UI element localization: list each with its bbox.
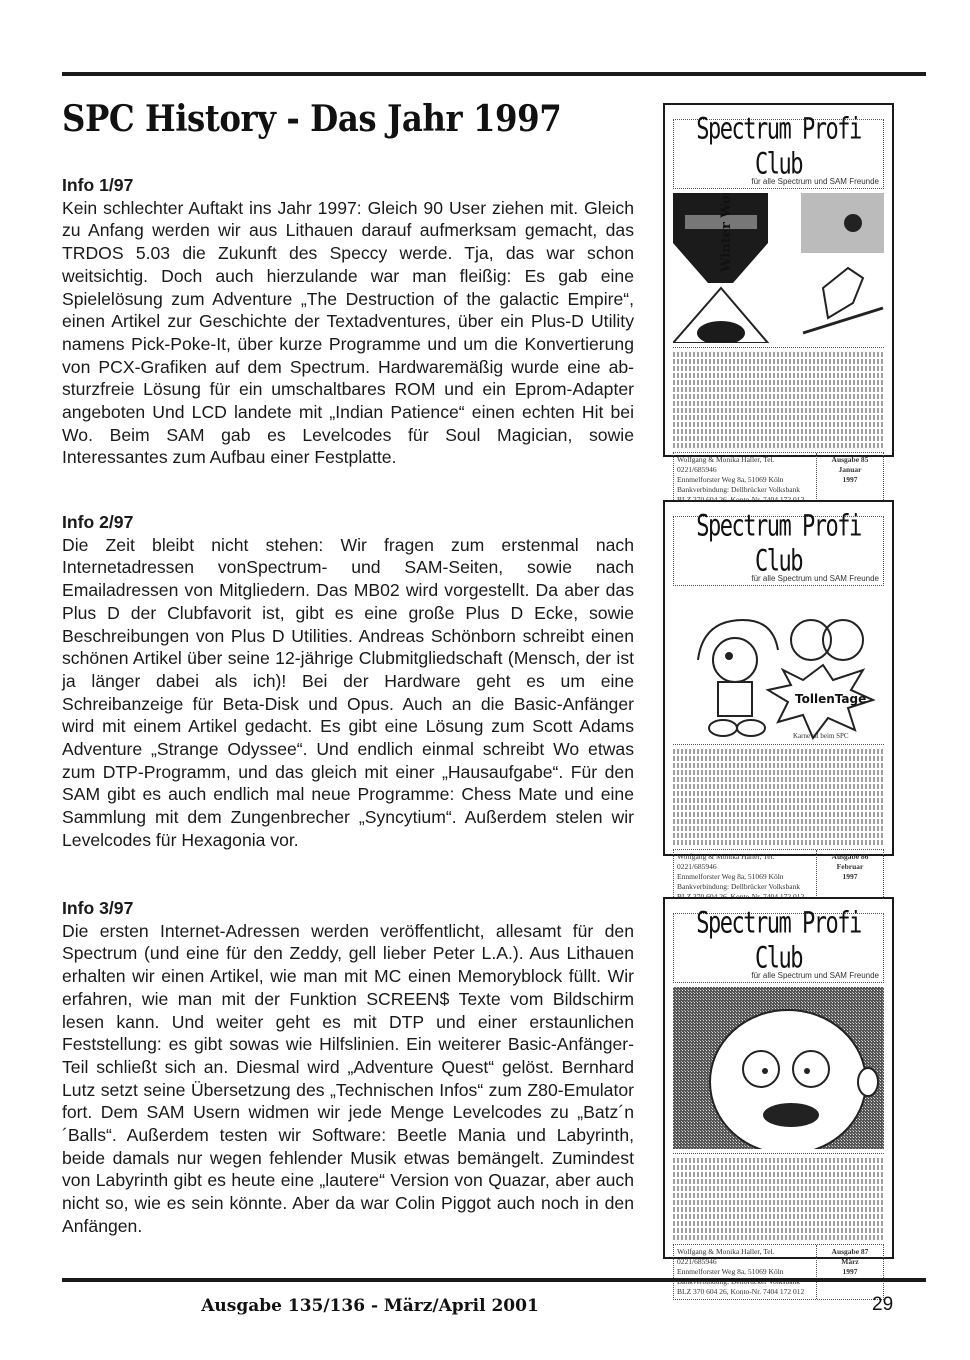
cartoon-face-artwork-icon <box>673 987 884 1149</box>
cover-title: Spectrum Profi Club <box>678 510 879 580</box>
cover-footer: Wolfgang & Monika Haller, Tel. 0221/6859… <box>673 1244 884 1300</box>
section-heading: Info 3/97 <box>62 897 634 920</box>
section-body: Die Zeit bleibt nicht stehen: Wir fragen… <box>62 534 634 852</box>
magazine-cover-march-1997: Spectrum Profi Club für alle Spectrum un… <box>663 897 894 1259</box>
page-title: SPC History - Das Jahr 1997 <box>62 98 561 140</box>
cover-issue: Ausgabe 86Februar1997 <box>817 850 883 904</box>
carnival-cartoon-artwork-icon: TollenTage Karneval beim SPC <box>673 590 884 740</box>
cover-contents-list <box>673 1153 884 1240</box>
cover-address: Wolfgang & Monika Haller, Tel. 0221/6859… <box>674 850 817 904</box>
cover-title: Spectrum Profi Club <box>678 907 879 977</box>
top-rule <box>62 72 926 76</box>
cover-address: Wolfgang & Monika Haller, Tel. 0221/6859… <box>674 1245 817 1299</box>
cover-masthead: Spectrum Profi Club für alle Spectrum un… <box>673 516 884 586</box>
section-body: Kein schlechter Auftakt ins Jahr 1997: G… <box>62 197 634 469</box>
cover-illustration-screen-grab <box>673 987 884 1149</box>
section-heading: Info 2/97 <box>62 511 634 534</box>
svg-text:Karneval beim SPC: Karneval beim SPC <box>793 732 849 740</box>
magazine-cover-january-1997: Spectrum Profi Club für alle Spectrum un… <box>663 103 894 457</box>
cover-title: Spectrum Profi Club <box>678 113 879 183</box>
cover-masthead: Spectrum Profi Club für alle Spectrum un… <box>673 119 884 189</box>
svg-text:Winter Wonderland: Winter Wonderland <box>719 193 734 273</box>
ski-game-artwork-icon: Winter Wonderland <box>673 193 884 343</box>
issue-footer: Ausgabe 135/136 - März/April 2001 <box>0 1296 740 1316</box>
magazine-cover-february-1997: Spectrum Profi Club für alle Spectrum un… <box>663 500 894 856</box>
section-info-3-97: Info 3/97 Die ersten Internet-Adressen w… <box>62 897 634 1238</box>
page-number: 29 <box>872 1294 893 1316</box>
section-body: Die ersten Internet-Adressen werden verö… <box>62 920 634 1238</box>
svg-text:TollenTage: TollenTage <box>795 692 866 706</box>
cover-illustration-winter-wonderland: Winter Wonderland <box>673 193 884 343</box>
section-heading: Info 1/97 <box>62 174 634 197</box>
section-info-2-97: Info 2/97 Die Zeit bleibt nicht stehen: … <box>62 511 634 852</box>
cover-contents-list <box>673 347 884 448</box>
cover-illustration-carnival: TollenTage Karneval beim SPC <box>673 590 884 740</box>
section-info-1-97: Info 1/97 Kein schlechter Auftakt ins Ja… <box>62 174 634 469</box>
cover-issue: Ausgabe 87März1997 <box>817 1245 883 1299</box>
cover-address: Wolfgang & Monika Haller, Tel. 0221/6859… <box>674 453 817 507</box>
cover-issue: Ausgabe 85Januar1997 <box>817 453 883 507</box>
bottom-rule <box>62 1278 926 1282</box>
cover-contents-list <box>673 744 884 845</box>
cover-masthead: Spectrum Profi Club für alle Spectrum un… <box>673 913 884 983</box>
